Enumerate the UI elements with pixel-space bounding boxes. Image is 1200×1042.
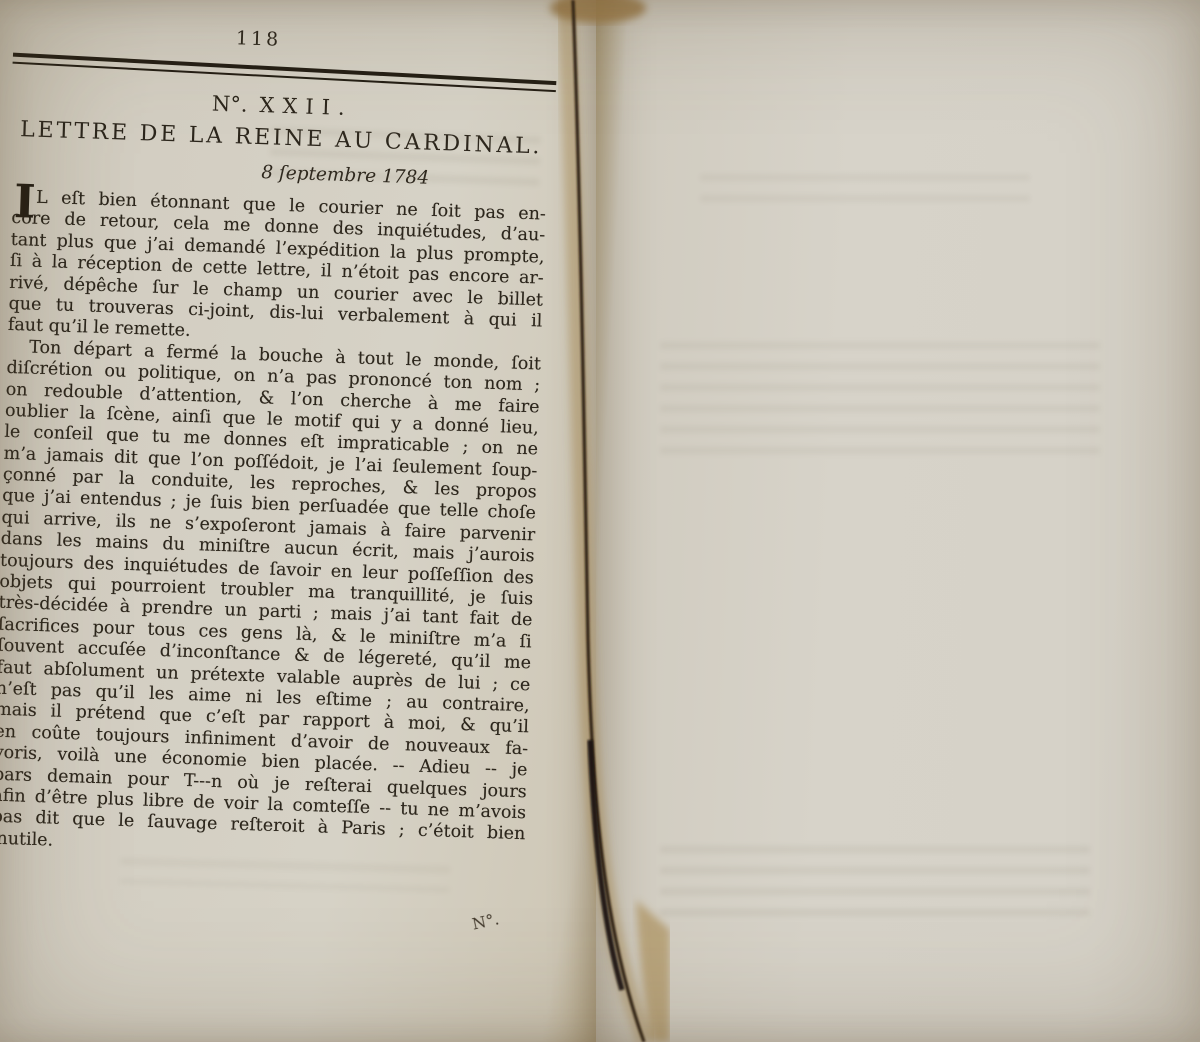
letter-xxii-paragraph-1: I L eſt bien étonnant que le courier ne …: [8, 187, 547, 354]
left-page-content: 118 N°.XXII. LETTRE DE LA REINE AU CARDI…: [0, 20, 552, 867]
header-rule-left: [13, 53, 557, 92]
letter-xxii-paragraph-2: Ton départ a fermé la bouche à tout le m…: [0, 337, 541, 868]
catchword: N°.: [470, 909, 500, 933]
right-page: 119 N°.XXIII. LETTRE DE LA REINE AU CARD…: [596, 0, 1200, 1042]
no-abbreviation: N°.: [212, 91, 248, 116]
open-book-photo: 118 N°.XXII. LETTRE DE LA REINE AU CARDI…: [0, 0, 1200, 1042]
page-number-left: 118: [0, 19, 526, 59]
letter-date-xxii: 8 ſeptembre 1784: [13, 154, 547, 193]
left-page: 118 N°.XXII. LETTRE DE LA REINE AU CARDI…: [0, 0, 596, 1042]
book-gutter: [540, 0, 670, 1042]
roman-numeral: XXII.: [259, 93, 353, 120]
drop-cap-initial: I: [13, 178, 36, 225]
